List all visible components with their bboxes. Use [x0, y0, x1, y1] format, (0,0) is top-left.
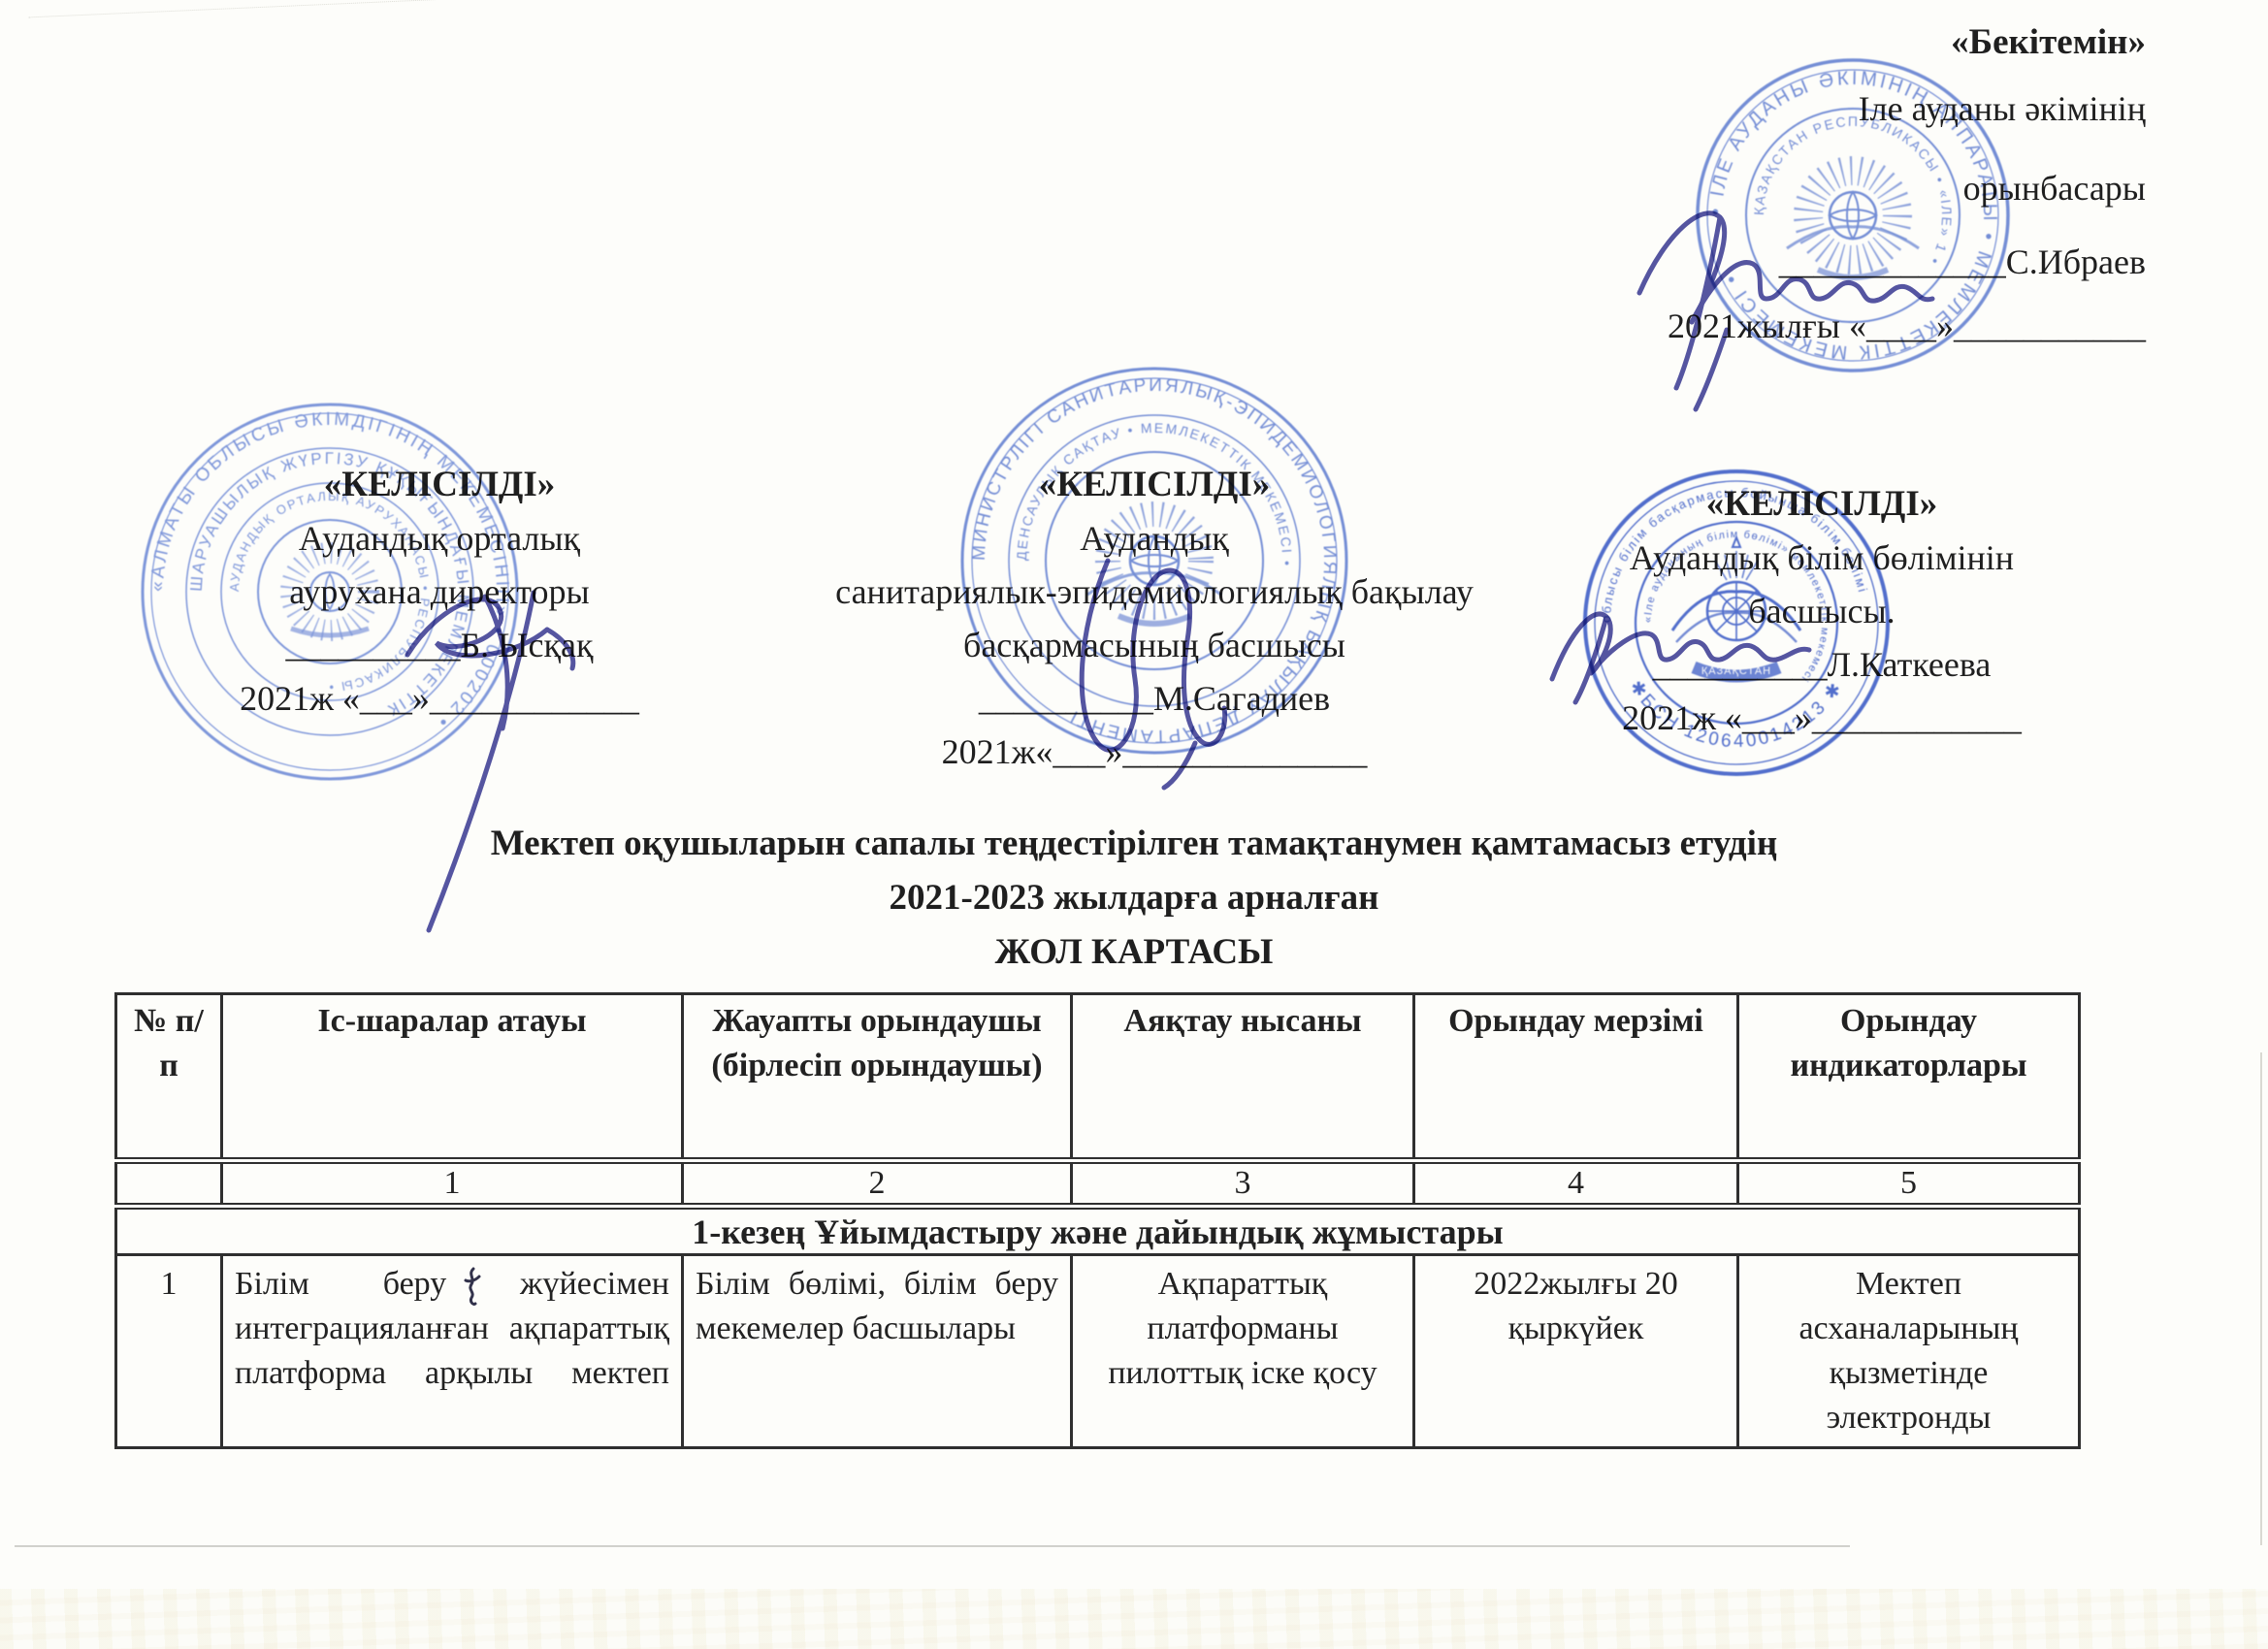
agreement-title: «КЕЛІСІЛДІ» — [211, 464, 667, 506]
agreement-line: санитариялык-эпидемиологиялық бақылау — [747, 570, 1562, 613]
scan-artifact-scratch — [29, 0, 447, 47]
agreement-line: басқармасының басшысы — [747, 624, 1562, 666]
scan-artifact-line — [15, 1545, 1850, 1547]
scanned-document-page: «Бекітемін» Іле ауданы әкімінің орынбаса… — [0, 0, 2268, 1649]
header-cell-indicators: Орындау индикаторлары — [1738, 994, 2080, 1161]
agreement-line: Аудандық білім бөлімінін — [1570, 536, 2074, 579]
document-title-line-1: Мектеп оқушыларын сапалы теңдестірілген … — [0, 817, 2268, 871]
document-title-line-3: ЖОЛ КАРТАСЫ — [0, 925, 2268, 980]
roadmap-table: № п/п Іс-шаралар атауы Жауапты орындаушы… — [114, 992, 2081, 1449]
column-number-cell: 2 — [683, 1161, 1072, 1207]
agreement-signature-line: __________Б. Ысқақ — [211, 624, 667, 666]
cell-activity: Білім беру жүйесімен интеграцияланған ақ… — [222, 1255, 683, 1448]
section-header-cell: 1-кезең Ұйымдастыру және дайындық жұмыст… — [116, 1207, 2080, 1255]
agreement-block-sanitary: «КЕЛІСІЛДІ» Аудандық санитариялык-эпидем… — [747, 464, 1562, 773]
cell-responsible: Білім бөлімі, білім беру мекемелер басшы… — [683, 1255, 1072, 1448]
document-title-line-2: 2021-2023 жылдарға арналған — [0, 871, 2268, 925]
header-cell-deadline: Орындау мерзімі — [1414, 994, 1738, 1161]
approval-title: «Бекітемін» — [1447, 21, 2146, 64]
column-number-cell: 1 — [222, 1161, 683, 1207]
agreement-title: «КЕЛІСІЛДІ» — [747, 464, 1562, 506]
approval-block: «Бекітемін» Іле ауданы әкімінің орынбаса… — [1447, 21, 2146, 347]
agreement-date-line: 2021ж «___»____________ — [211, 677, 667, 720]
table-header-row: № п/п Іс-шаралар атауы Жауапты орындаушы… — [116, 994, 2080, 1161]
header-cell-activity: Іс-шаралар атауы — [222, 994, 683, 1161]
header-cell-num: № п/п — [116, 994, 222, 1161]
agreement-title: «КЕЛІСІЛДІ» — [1570, 483, 2074, 526]
cell-completion-form: Ақпараттық платформаны пилоттық іске қос… — [1072, 1255, 1414, 1448]
approval-date-line: 2021жылғы «____»___________ — [1447, 305, 2146, 347]
section-header-row: 1-кезең Ұйымдастыру және дайындық жұмыст… — [116, 1207, 2080, 1255]
cell-row-number: 1 — [116, 1255, 222, 1448]
column-number-cell: 3 — [1072, 1161, 1414, 1207]
agreement-line: Аудандық — [747, 517, 1562, 560]
column-number-row: 1 2 3 4 5 — [116, 1161, 2080, 1207]
column-number-cell: 5 — [1738, 1161, 2080, 1207]
agreement-date-line: 2021ж«___»______________ — [747, 730, 1562, 773]
agreement-block-education: «КЕЛІСІЛДІ» Аудандық білім бөлімінін бас… — [1570, 483, 2074, 739]
approval-line: орынбасары — [1447, 167, 2146, 210]
approval-signature-line: _____________С.Ибраев — [1447, 241, 2146, 283]
agreement-line: аурухана директоры — [211, 570, 667, 613]
agreement-line: Аудандық орталық — [211, 517, 667, 560]
agreement-signature-line: __________Л.Каткеева — [1570, 643, 2074, 686]
scan-artifact-bottom-band — [0, 1589, 2268, 1649]
header-cell-responsible: Жауапты орындаушы (бірлесіп орындаушы) — [683, 994, 1072, 1161]
scan-artifact-vertical-line — [2260, 1052, 2262, 1545]
cell-indicators: Мектеп асханаларының қызметінде электрон… — [1738, 1255, 2080, 1448]
agreement-signature-line: __________М.Сагадиев — [747, 677, 1562, 720]
agreement-block-hospital: «КЕЛІСІЛДІ» Аудандық орталық аурухана ди… — [211, 464, 667, 720]
column-number-cell: 4 — [1414, 1161, 1738, 1207]
table-row: 1 Білім беру жүйесімен интеграцияланған … — [116, 1255, 2080, 1448]
header-cell-completion-form: Аяқтау нысаны — [1072, 994, 1414, 1161]
agreement-date-line: 2021ж «___»____________ — [1570, 696, 2074, 739]
cell-deadline: 2022жылғы 20 қыркүйек — [1414, 1255, 1738, 1448]
approval-line: Іле ауданы әкімінің — [1447, 87, 2146, 130]
document-title: Мектеп оқушыларын сапалы теңдестірілген … — [0, 817, 2268, 980]
agreement-line: басшысы. — [1570, 590, 2074, 632]
column-number-cell — [116, 1161, 222, 1207]
